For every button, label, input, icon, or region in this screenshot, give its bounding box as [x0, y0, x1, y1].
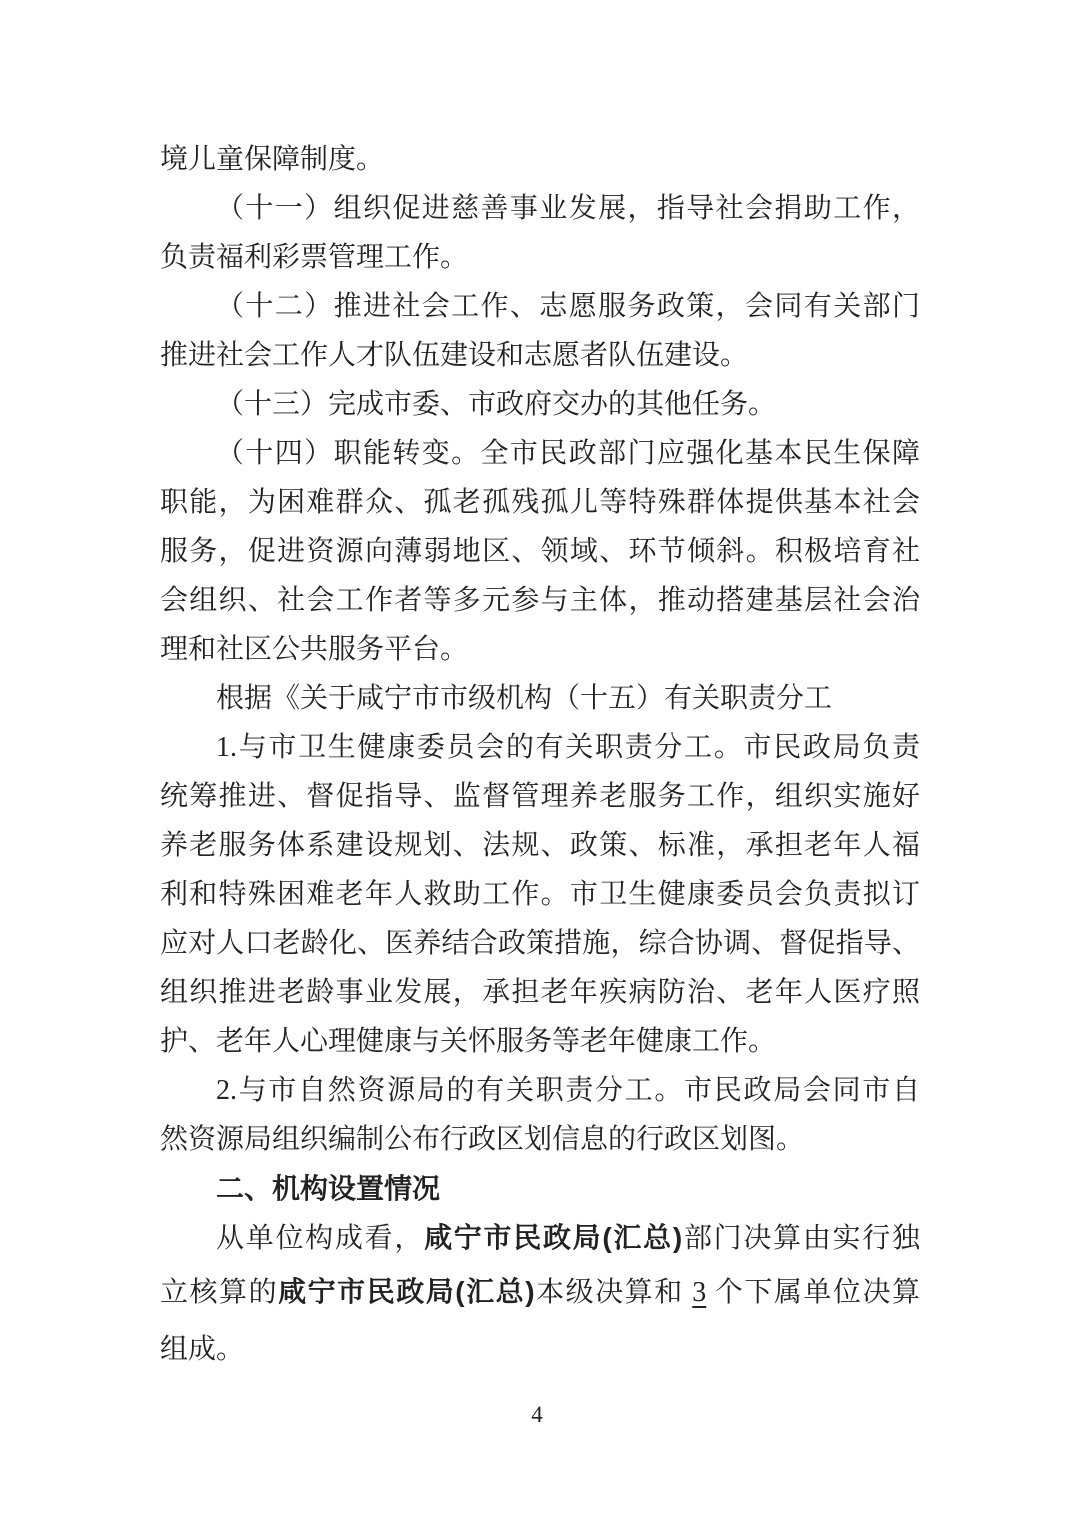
text-line-16: 利和特殊困难老年人救助工作。市卫生健康委员会负责拟订	[160, 870, 920, 919]
text-segment: 组织推进老龄事业发展，承担老年疾病防治、老年人医疗照	[160, 977, 920, 1008]
text-segment: 境儿童保障制度。	[160, 144, 384, 175]
bold-department-name: 咸宁市民政局(汇总)	[424, 1222, 682, 1253]
document-page: 境儿童保障制度。（十一）组织促进慈善事业发展，指导社会捐助工作，负责福利彩票管理…	[0, 0, 1074, 1520]
text-segment: 利和特殊困难老年人救助工作。市卫生健康委员会负责拟订	[160, 879, 920, 910]
text-segment: 应对人口老龄化、医养结合政策措施，综合协调、督促指导、	[160, 928, 920, 959]
text-segment: 推进社会工作人才队伍建设和志愿者队伍建设。	[160, 340, 748, 371]
text-segment: 护、老年人心理健康与关怀服务等老年健康工作。	[160, 1026, 776, 1057]
text-segment: 2.与市自然资源局的有关职责分工。市民政局会同市自	[216, 1075, 920, 1106]
text-line-10: 会组织、社会工作者等多元参与主体，推动搭建基层社会治	[160, 576, 920, 625]
text-line-24: 立核算的咸宁市民政局(汇总)本级决算和 3 个下属单位决算	[160, 1263, 920, 1321]
text-segment: 从单位构成看，	[216, 1223, 424, 1254]
text-line-7: （十四）职能转变。全市民政部门应强化基本民生保障	[160, 429, 920, 478]
text-segment: 本级决算和	[535, 1277, 693, 1308]
text-line-25: 组成。	[160, 1321, 920, 1378]
text-segment: 组成。	[160, 1334, 244, 1365]
text-segment: 养老服务体系建设规划、法规、政策、标准，承担老年人福	[160, 830, 920, 861]
text-line-23: 从单位构成看，咸宁市民政局(汇总)部门决算由实行独	[160, 1213, 920, 1263]
text-segment: 负责福利彩票管理工作。	[160, 242, 468, 273]
document-text-block: 境儿童保障制度。（十一）组织促进慈善事业发展，指导社会捐助工作，负责福利彩票管理…	[160, 135, 920, 1378]
page-number: 4	[0, 1402, 1074, 1428]
text-line-20: 2.与市自然资源局的有关职责分工。市民政局会同市自	[160, 1066, 920, 1115]
underlined-count: 3	[692, 1277, 706, 1308]
text-line-5: 推进社会工作人才队伍建设和志愿者队伍建设。	[160, 331, 920, 380]
text-line-6: （十三）完成市委、市政府交办的其他任务。	[160, 380, 920, 429]
section-heading: 二、机构设置情况	[160, 1164, 920, 1213]
text-segment: 理和社区公共服务平台。	[160, 634, 468, 665]
text-segment: 部门决算由实行独	[682, 1223, 920, 1254]
text-line-21: 然资源局组织编制公布行政区划信息的行政区划图。	[160, 1115, 920, 1164]
text-line-3: 负责福利彩票管理工作。	[160, 233, 920, 282]
text-line-9: 服务，促进资源向薄弱地区、领域、环节倾斜。积极培育社	[160, 527, 920, 576]
text-segment: （十四）职能转变。全市民政部门应强化基本民生保障	[216, 438, 920, 469]
text-line-15: 养老服务体系建设规划、法规、政策、标准，承担老年人福	[160, 821, 920, 870]
text-line-11: 理和社区公共服务平台。	[160, 625, 920, 674]
text-segment: 根据《关于咸宁市市级机构（十五）有关职责分工	[216, 683, 832, 714]
text-segment: 然资源局组织编制公布行政区划信息的行政区划图。	[160, 1124, 804, 1155]
text-segment: 会组织、社会工作者等多元参与主体，推动搭建基层社会治	[160, 585, 920, 616]
text-line-1: 境儿童保障制度。	[160, 135, 920, 184]
text-segment: 立核算的	[160, 1277, 278, 1308]
text-segment: （十二）推进社会工作、志愿服务政策，会同有关部门	[216, 291, 920, 322]
text-line-19: 护、老年人心理健康与关怀服务等老年健康工作。	[160, 1017, 920, 1066]
text-segment: （十三）完成市委、市政府交办的其他任务。	[216, 389, 776, 420]
text-line-12: 根据《关于咸宁市市级机构（十五）有关职责分工	[160, 674, 920, 723]
text-line-8: 职能，为困难群众、孤老孤残孤儿等特殊群体提供基本社会	[160, 478, 920, 527]
text-segment: 1.与市卫生健康委员会的有关职责分工。市民政局负责	[216, 732, 920, 763]
text-segment: 服务，促进资源向薄弱地区、领域、环节倾斜。积极培育社	[160, 536, 920, 567]
text-line-4: （十二）推进社会工作、志愿服务政策，会同有关部门	[160, 282, 920, 331]
text-line-18: 组织推进老龄事业发展，承担老年疾病防治、老年人医疗照	[160, 968, 920, 1017]
text-segment: 二、机构设置情况	[216, 1173, 440, 1204]
text-line-13: 1.与市卫生健康委员会的有关职责分工。市民政局负责	[160, 723, 920, 772]
text-segment: 统筹推进、督促指导、监督管理养老服务工作，组织实施好	[160, 781, 920, 812]
text-line-17: 应对人口老龄化、医养结合政策措施，综合协调、督促指导、	[160, 919, 920, 968]
bold-department-name: 咸宁市民政局(汇总)	[278, 1276, 534, 1307]
text-segment: （十一）组织促进慈善事业发展，指导社会捐助工作，	[216, 193, 920, 224]
text-segment: 职能，为困难群众、孤老孤残孤儿等特殊群体提供基本社会	[160, 487, 920, 518]
text-line-14: 统筹推进、督促指导、监督管理养老服务工作，组织实施好	[160, 772, 920, 821]
text-segment: 个下属单位决算	[706, 1277, 920, 1308]
text-line-2: （十一）组织促进慈善事业发展，指导社会捐助工作，	[160, 184, 920, 233]
